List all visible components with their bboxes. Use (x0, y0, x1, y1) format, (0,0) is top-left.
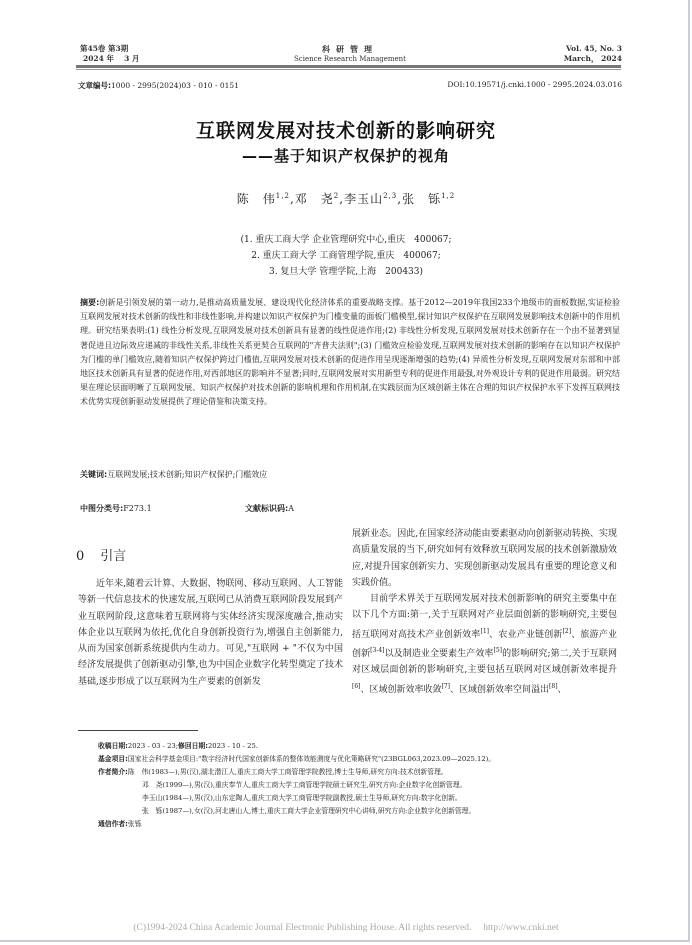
author: 邓 尧2 (295, 192, 339, 206)
citation[interactable]: [6] (352, 683, 361, 690)
clc-value: F273.1 (123, 504, 151, 513)
footnote-fund: 基金项目:国家社会科学基金项目:"数字经济时代国家创新体系的整体效能测度与优化策… (98, 753, 618, 766)
doi: DOI:10.19571/j.cnki.1000 - 2995.2024.03.… (447, 80, 622, 89)
footnote-bio: 邓 尧(1999—),男(汉),重庆奉节人,重庆工商大学工商管理学院硕士研究生,… (98, 779, 618, 792)
document-code: 文献标识码:A (245, 503, 294, 514)
article-number: 文章编号:1000 - 2995(2024)03 - 010 - 0151 (78, 80, 239, 91)
volume-issue: 第45卷 第3期 (80, 44, 139, 54)
author: 李玉山2,3 (344, 192, 397, 206)
article-number-value: 1000 - 2995(2024)03 - 010 - 0151 (111, 81, 239, 90)
journal-name-cn: 科研管理 (250, 44, 450, 54)
header-rule-thin (76, 69, 621, 70)
citation[interactable]: [8] (549, 683, 558, 690)
citation[interactable]: [2] (563, 628, 572, 635)
paper-title: 互联网发展对技术创新的影响研究 (0, 116, 692, 143)
document-code-value: A (288, 504, 294, 513)
clc-label: 中图分类号: (80, 504, 123, 513)
paragraph: 展新业态。因此,在国家经济动能由要素驱动向创新驱动转换、实现高质量发展的当下,研… (352, 526, 617, 591)
journal-name-en: Science Research Management (250, 54, 450, 64)
issue-date-en: March， 2024 (564, 54, 622, 64)
body-column-right: 展新业态。因此,在国家经济动能由要素驱动向创新驱动转换、实现高质量发展的当下,研… (352, 526, 617, 698)
affiliation: 3. 复旦大学 管理学院,上海 200433) (0, 264, 692, 280)
section-title: 引言 (100, 549, 126, 564)
affiliation: (1. 重庆工商大学 企业管理研究中心,重庆 400067; (0, 232, 692, 248)
keywords: 关键词:互联网发展;技术创新;知识产权保护;门槛效应 (80, 469, 620, 480)
body-column-left: 近年来,随着云计算、大数据、物联网、移动互联网、人工智能等新一代信息技术的快速发… (78, 576, 343, 690)
article-number-label: 文章编号: (78, 81, 111, 90)
footnote-corresponding: 通信作者:张铄 (98, 818, 618, 831)
footnote-bio: 李玉山(1984—),男(汉),山东定陶人,重庆工商大学工商管理学院副教授,硕士… (98, 792, 618, 805)
copyright-notice: (C)1994-2024 China Academic Journal Elec… (0, 919, 692, 933)
footnote-separator (78, 730, 198, 731)
footnote-bio: 作者简介:陈 伟(1983—),男(汉),湖北潜江人,重庆工商大学工商管理学院教… (98, 766, 618, 779)
citation[interactable]: [3-4] (370, 647, 384, 654)
affiliation: 2. 重庆工商大学 工商管理学院,重庆 400067; (0, 248, 692, 264)
citation[interactable]: [1] (480, 628, 489, 635)
keywords-text: 互联网发展;技术创新;知识产权保护;门槛效应 (107, 470, 267, 479)
paper-subtitle: ——基于知识产权保护的视角 (0, 145, 692, 166)
running-header-left: 第45卷 第3期 2024 年 3 月 (80, 44, 139, 64)
affiliations: (1. 重庆工商大学 企业管理研究中心,重庆 400067; 2. 重庆工商大学… (0, 232, 692, 280)
paragraph: 目前学术界关于互联网发展对技术创新影响的研究主要集中在以下几个方面:第一,关于互… (352, 591, 617, 698)
author-list: 陈 伟1,2,邓 尧2,李玉山2,3,张 铄1,2 (0, 190, 692, 207)
author: 张 铄1,2 (402, 192, 455, 206)
running-header-center: 科研管理 Science Research Management (250, 44, 450, 64)
paragraph: 近年来,随着云计算、大数据、物联网、移动互联网、人工智能等新一代信息技术的快速发… (78, 576, 343, 690)
citation[interactable]: [7] (442, 683, 451, 690)
section-heading: 0引言 (76, 545, 126, 564)
author: 陈 伟1,2 (237, 192, 290, 206)
abstract: 摘要:创新是引领发展的第一动力,是推动高质量发展、建设现代化经济体系的重要战略支… (80, 296, 620, 410)
keywords-label: 关键词: (80, 470, 107, 479)
footnote-bio: 张 铄(1987—),女(汉),河北唐山人,博士,重庆工商大学企业管理研究中心讲… (98, 805, 618, 818)
clc-number: 中图分类号:F273.1 (80, 503, 152, 514)
citation[interactable]: [5] (494, 647, 503, 654)
abstract-label: 摘要: (80, 298, 99, 307)
header-rule-thick (76, 65, 621, 68)
document-code-label: 文献标识码: (245, 504, 288, 513)
volume-issue-en: Vol. 45, No. 3 (564, 44, 622, 54)
running-header-right: Vol. 45, No. 3 March， 2024 (564, 44, 622, 64)
section-number: 0 (76, 549, 84, 564)
footnote-dates: 收稿日期:2023 - 03 - 23;修回日期:2023 - 10 - 25. (98, 740, 618, 753)
issue-date-cn: 2024 年 3 月 (80, 54, 139, 64)
footnotes: 收稿日期:2023 - 03 - 23;修回日期:2023 - 10 - 25.… (98, 740, 618, 831)
abstract-text: 创新是引领发展的第一动力,是推动高质量发展、建设现代化经济体系的重要战略支撑。基… (80, 298, 620, 406)
